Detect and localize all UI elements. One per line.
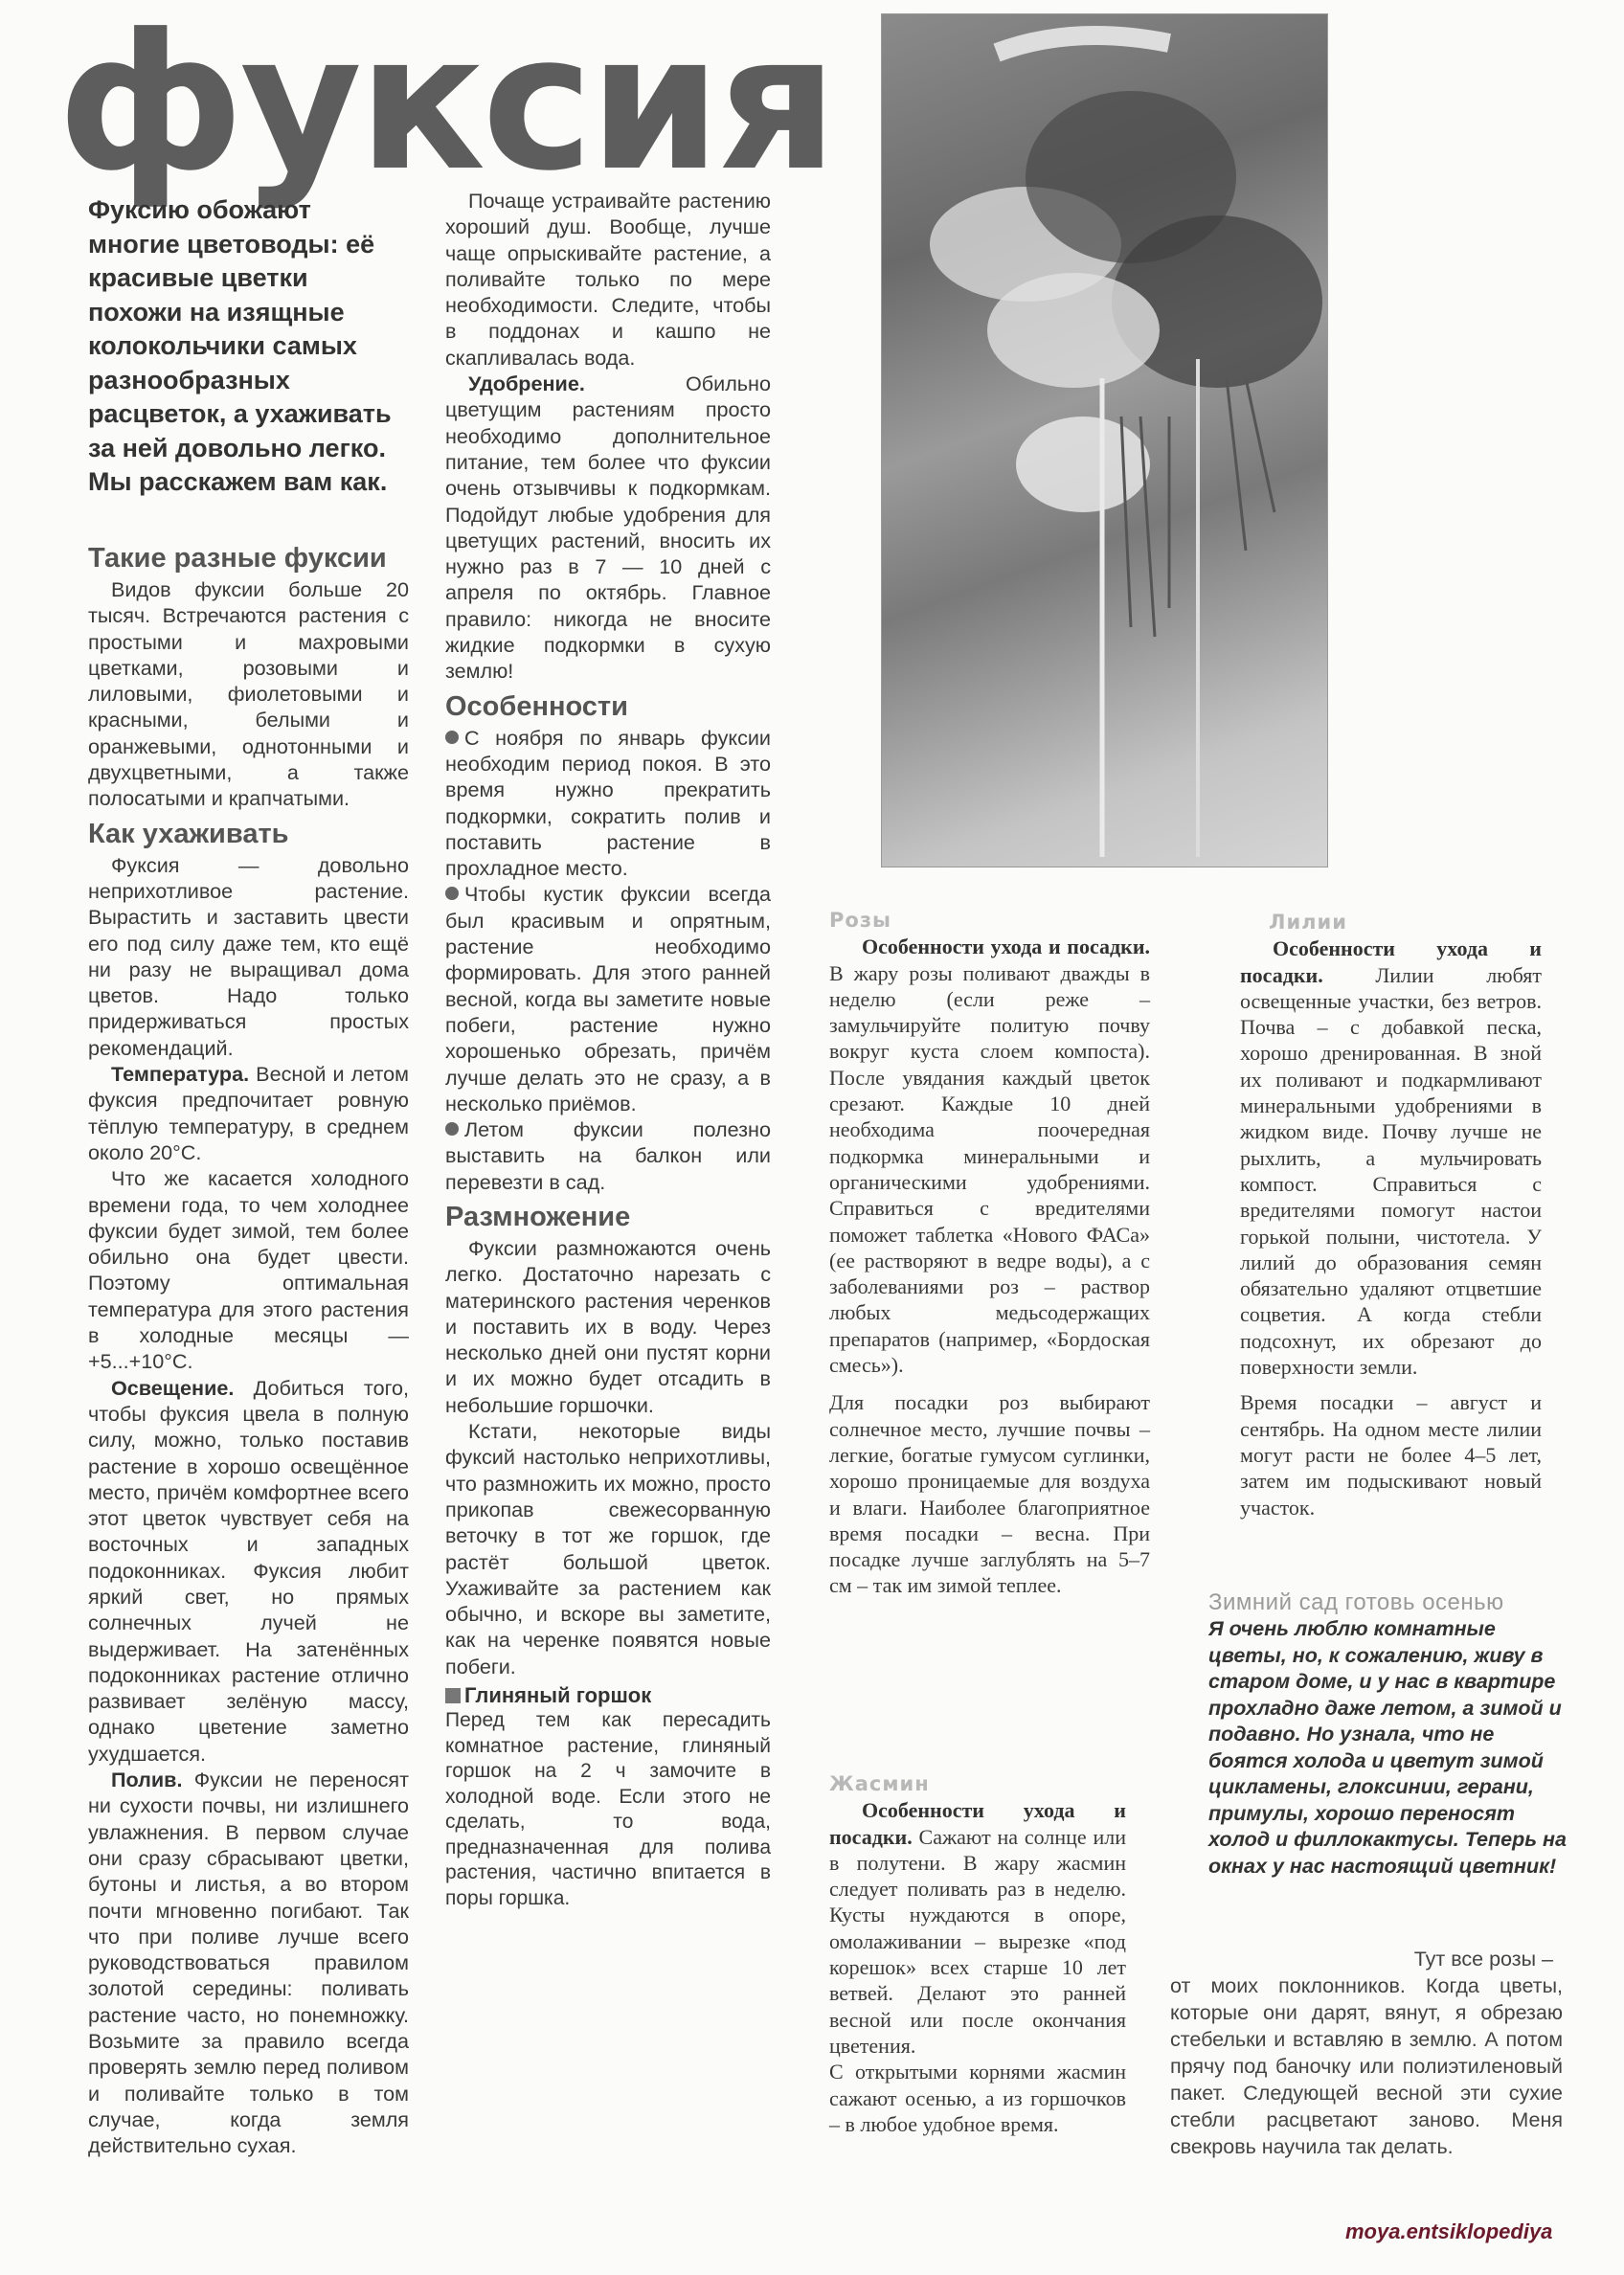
lilies-p2: Время посадки – август и сентябрь. На од… <box>1240 1389 1542 1520</box>
clay-pot-heading: Глиняный горшок <box>445 1683 771 1708</box>
column-1: Такие разные фуксии Видов фуксии больше … <box>88 536 409 2159</box>
lilies-heading: Лилии <box>1269 910 1542 935</box>
propagation-p1: Фуксии размножаются очень легко. Достато… <box>445 1235 771 1418</box>
winter-garden-heading: Зимний сад готовь осенью <box>1208 1589 1577 1616</box>
light-paragraph: Освещение. Добиться того, чтобы фуксия ц… <box>88 1375 409 1767</box>
jasmine-heading: Жасмин <box>829 1771 1126 1797</box>
fertilizer-label: Удобрение. <box>468 372 585 395</box>
fertilizer-paragraph: Удобрение. Обильно цветущим растениям пр… <box>445 371 771 685</box>
feature-item: С ноября по январь фуксии необходим пери… <box>445 725 771 882</box>
jasmine-section: Жасмин Особенности ухода и посадки. Сажа… <box>829 1771 1126 2137</box>
heading-care: Как ухаживать <box>88 818 409 850</box>
feature-item: Летом фуксии полезно выставить на балкон… <box>445 1116 771 1195</box>
types-body: Видов фуксии больше 20 тысяч. Встречаютс… <box>88 576 409 812</box>
heading-features: Особенности <box>445 690 771 723</box>
reader-letter: Тут все розы – от моих поклонников. Когд… <box>1170 1946 1563 2160</box>
light-label: Освещение. <box>111 1376 234 1400</box>
page-title: фуксия <box>57 8 834 199</box>
column-2: Почаще устраивайте растению хороший душ.… <box>445 188 771 1911</box>
roses-p2: Для посадки роз выбирают солнечное место… <box>829 1389 1150 1598</box>
letter-first-line: Тут все розы – <box>1170 1946 1563 1972</box>
winter-garden-body: Я очень люблю комнатные цветы, но, к сож… <box>1208 1616 1577 1880</box>
jasmine-p1: Особенности ухода и посадки. Сажают на с… <box>829 1797 1126 2059</box>
letter-body: от моих поклонников. Когда цветы, которы… <box>1170 1972 1563 2160</box>
roses-p1: Особенности ухода и посадки. В жару розы… <box>829 934 1150 1378</box>
watering-paragraph: Полив. Фуксии не переносят ни сухости по… <box>88 1767 409 2158</box>
flower-illustration-icon <box>882 14 1327 867</box>
winter-garden-box: Зимний сад готовь осенью Я очень люблю к… <box>1208 1589 1577 1880</box>
bullet-icon <box>445 731 459 744</box>
care-intro: Фуксия — довольно неприхотливое растение… <box>88 852 409 1061</box>
shower-paragraph: Почаще устраивайте растению хороший душ.… <box>445 188 771 371</box>
watering-label: Полив. <box>111 1768 182 1791</box>
roses-section: Розы Особенности ухода и посадки. В жару… <box>829 908 1150 1599</box>
feature-item: Чтобы кустик фуксии всегда был красивым … <box>445 881 771 1116</box>
bullet-icon <box>445 887 459 900</box>
temperature-paragraph: Температура. Весной и летом фуксия предп… <box>88 1061 409 1165</box>
fuchsia-photo <box>881 13 1328 867</box>
bullet-icon <box>445 1122 459 1136</box>
propagation-p2: Кстати, некоторые виды фуксий настолько … <box>445 1418 771 1679</box>
heading-propagation: Размножение <box>445 1201 771 1233</box>
lilies-p1: Особенности ухода и посадки. Лилии любят… <box>1240 935 1542 1380</box>
clay-pot-body: Перед тем как пересадить комнатное расте… <box>445 1708 771 1911</box>
roses-heading: Розы <box>829 908 1150 934</box>
jasmine-p2: С открытыми корнями жасмин сажают осенью… <box>829 2059 1126 2137</box>
watermark: moya.entsiklopediya <box>1345 2219 1552 2244</box>
temperature-label: Температура. <box>111 1062 249 1086</box>
cold-paragraph: Что же касается холодного времени года, … <box>88 1165 409 1374</box>
clay-pot-box: Глиняный горшок Перед тем как пересадить… <box>445 1683 771 1911</box>
square-bullet-icon <box>445 1688 461 1703</box>
heading-types: Такие разные фуксии <box>88 542 409 574</box>
lilies-section: Лилии Особенности ухода и посадки. Лилии… <box>1240 910 1542 1520</box>
lead-paragraph: Фуксию обожают многие цветоводы: её крас… <box>88 193 409 500</box>
